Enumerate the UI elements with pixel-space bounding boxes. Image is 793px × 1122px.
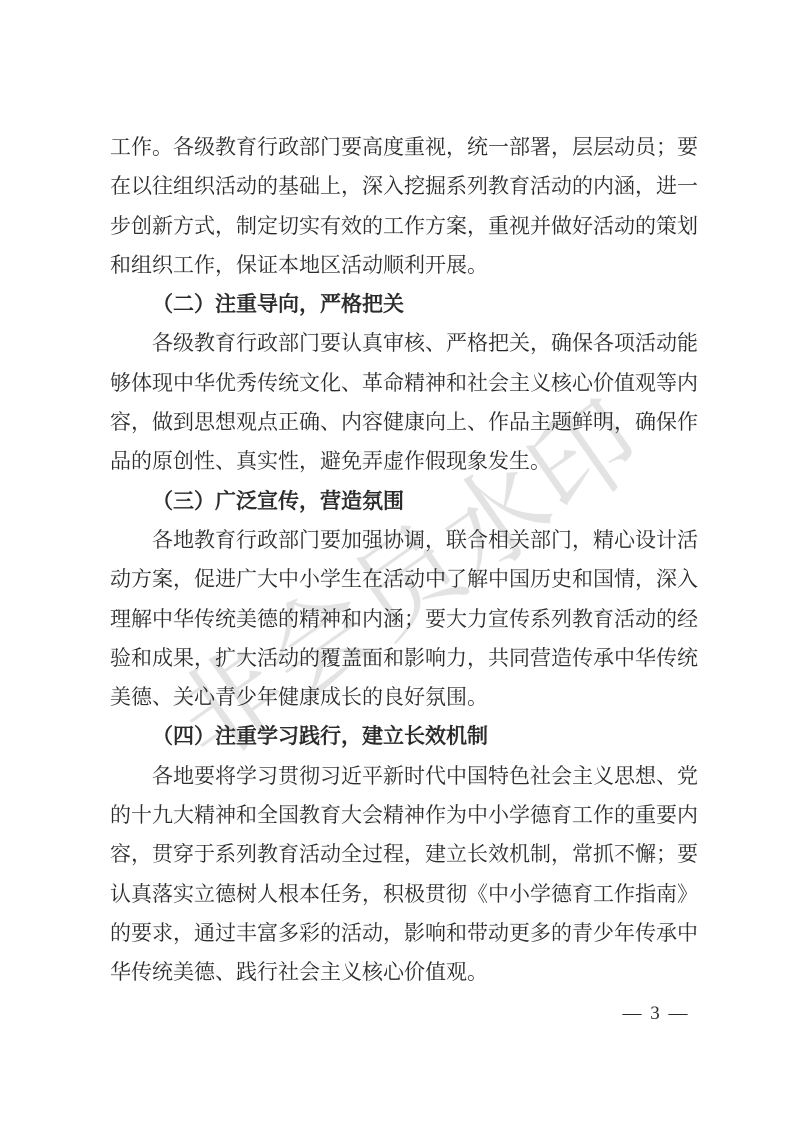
section-heading-2: （二）注重导向，严格把关 — [110, 285, 698, 324]
page-number: — 3 — — [600, 1000, 712, 1028]
section-paragraph-2: 各级教育行政部门要认真审核、严格把关，确保各项活动能够体现中华优秀传统文化、革命… — [110, 324, 698, 481]
section-heading-3: （三）广泛宣传，营造氛围 — [110, 482, 698, 521]
section-paragraph-4: 各地要将学习贯彻习近平新时代中国特色社会主义思想、党的十九大精神和全国教育大会精… — [110, 757, 698, 993]
section-heading-4: （四）注重学习践行，建立长效机制 — [110, 717, 698, 756]
document-page: 非会员水印 工作。各级教育行政部门要高度重视，统一部署，层层动员；要在以往组织活… — [0, 0, 793, 1122]
paragraph-continuation: 工作。各级教育行政部门要高度重视，统一部署，层层动员；要在以往组织活动的基础上，… — [110, 128, 698, 285]
document-body: 工作。各级教育行政部门要高度重视，统一部署，层层动员；要在以往组织活动的基础上，… — [110, 128, 698, 993]
section-paragraph-3: 各地教育行政部门要加强协调，联合相关部门，精心设计活动方案，促进广大中小学生在活… — [110, 521, 698, 717]
